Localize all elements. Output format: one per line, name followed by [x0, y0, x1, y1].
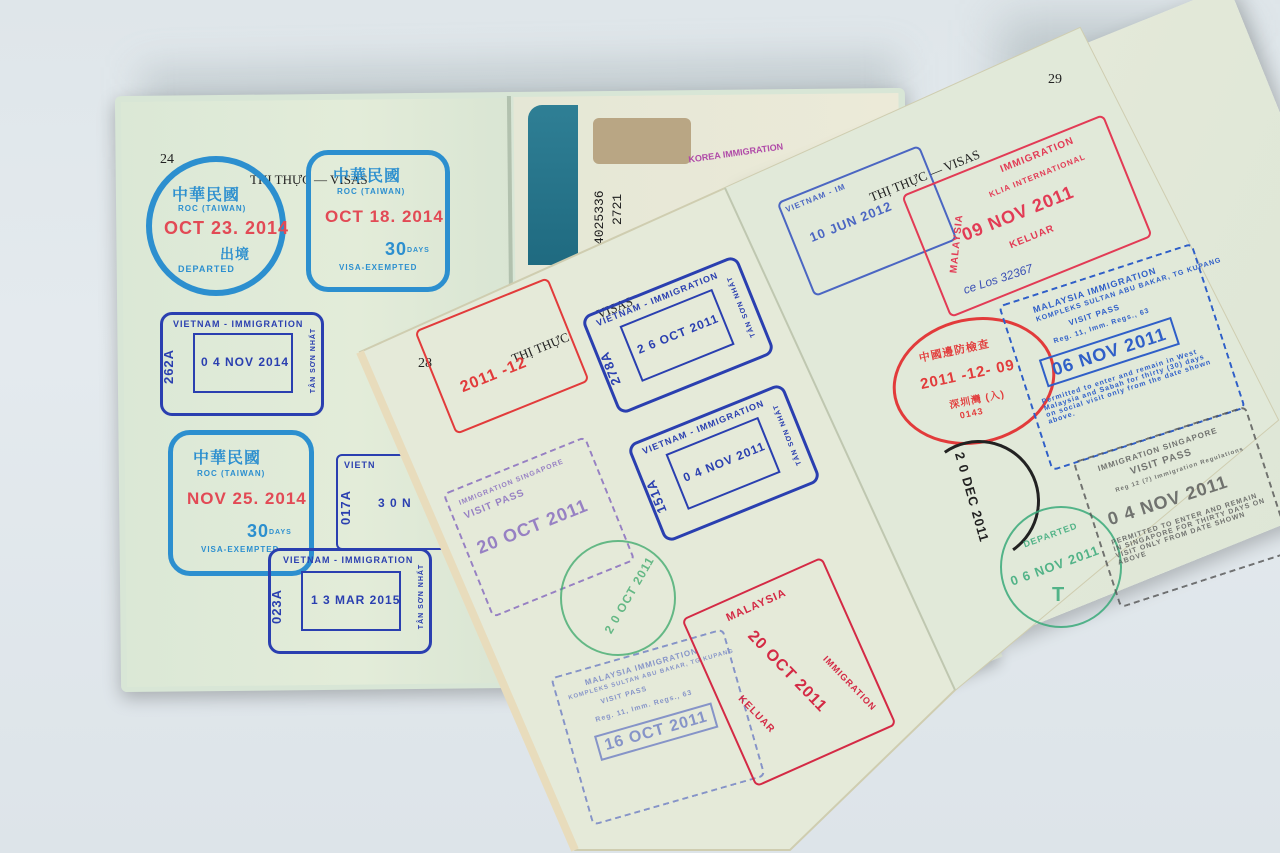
page-number: 29: [1048, 72, 1062, 88]
singapore-round-stamp: 2 0 OCT 2011: [560, 540, 676, 656]
